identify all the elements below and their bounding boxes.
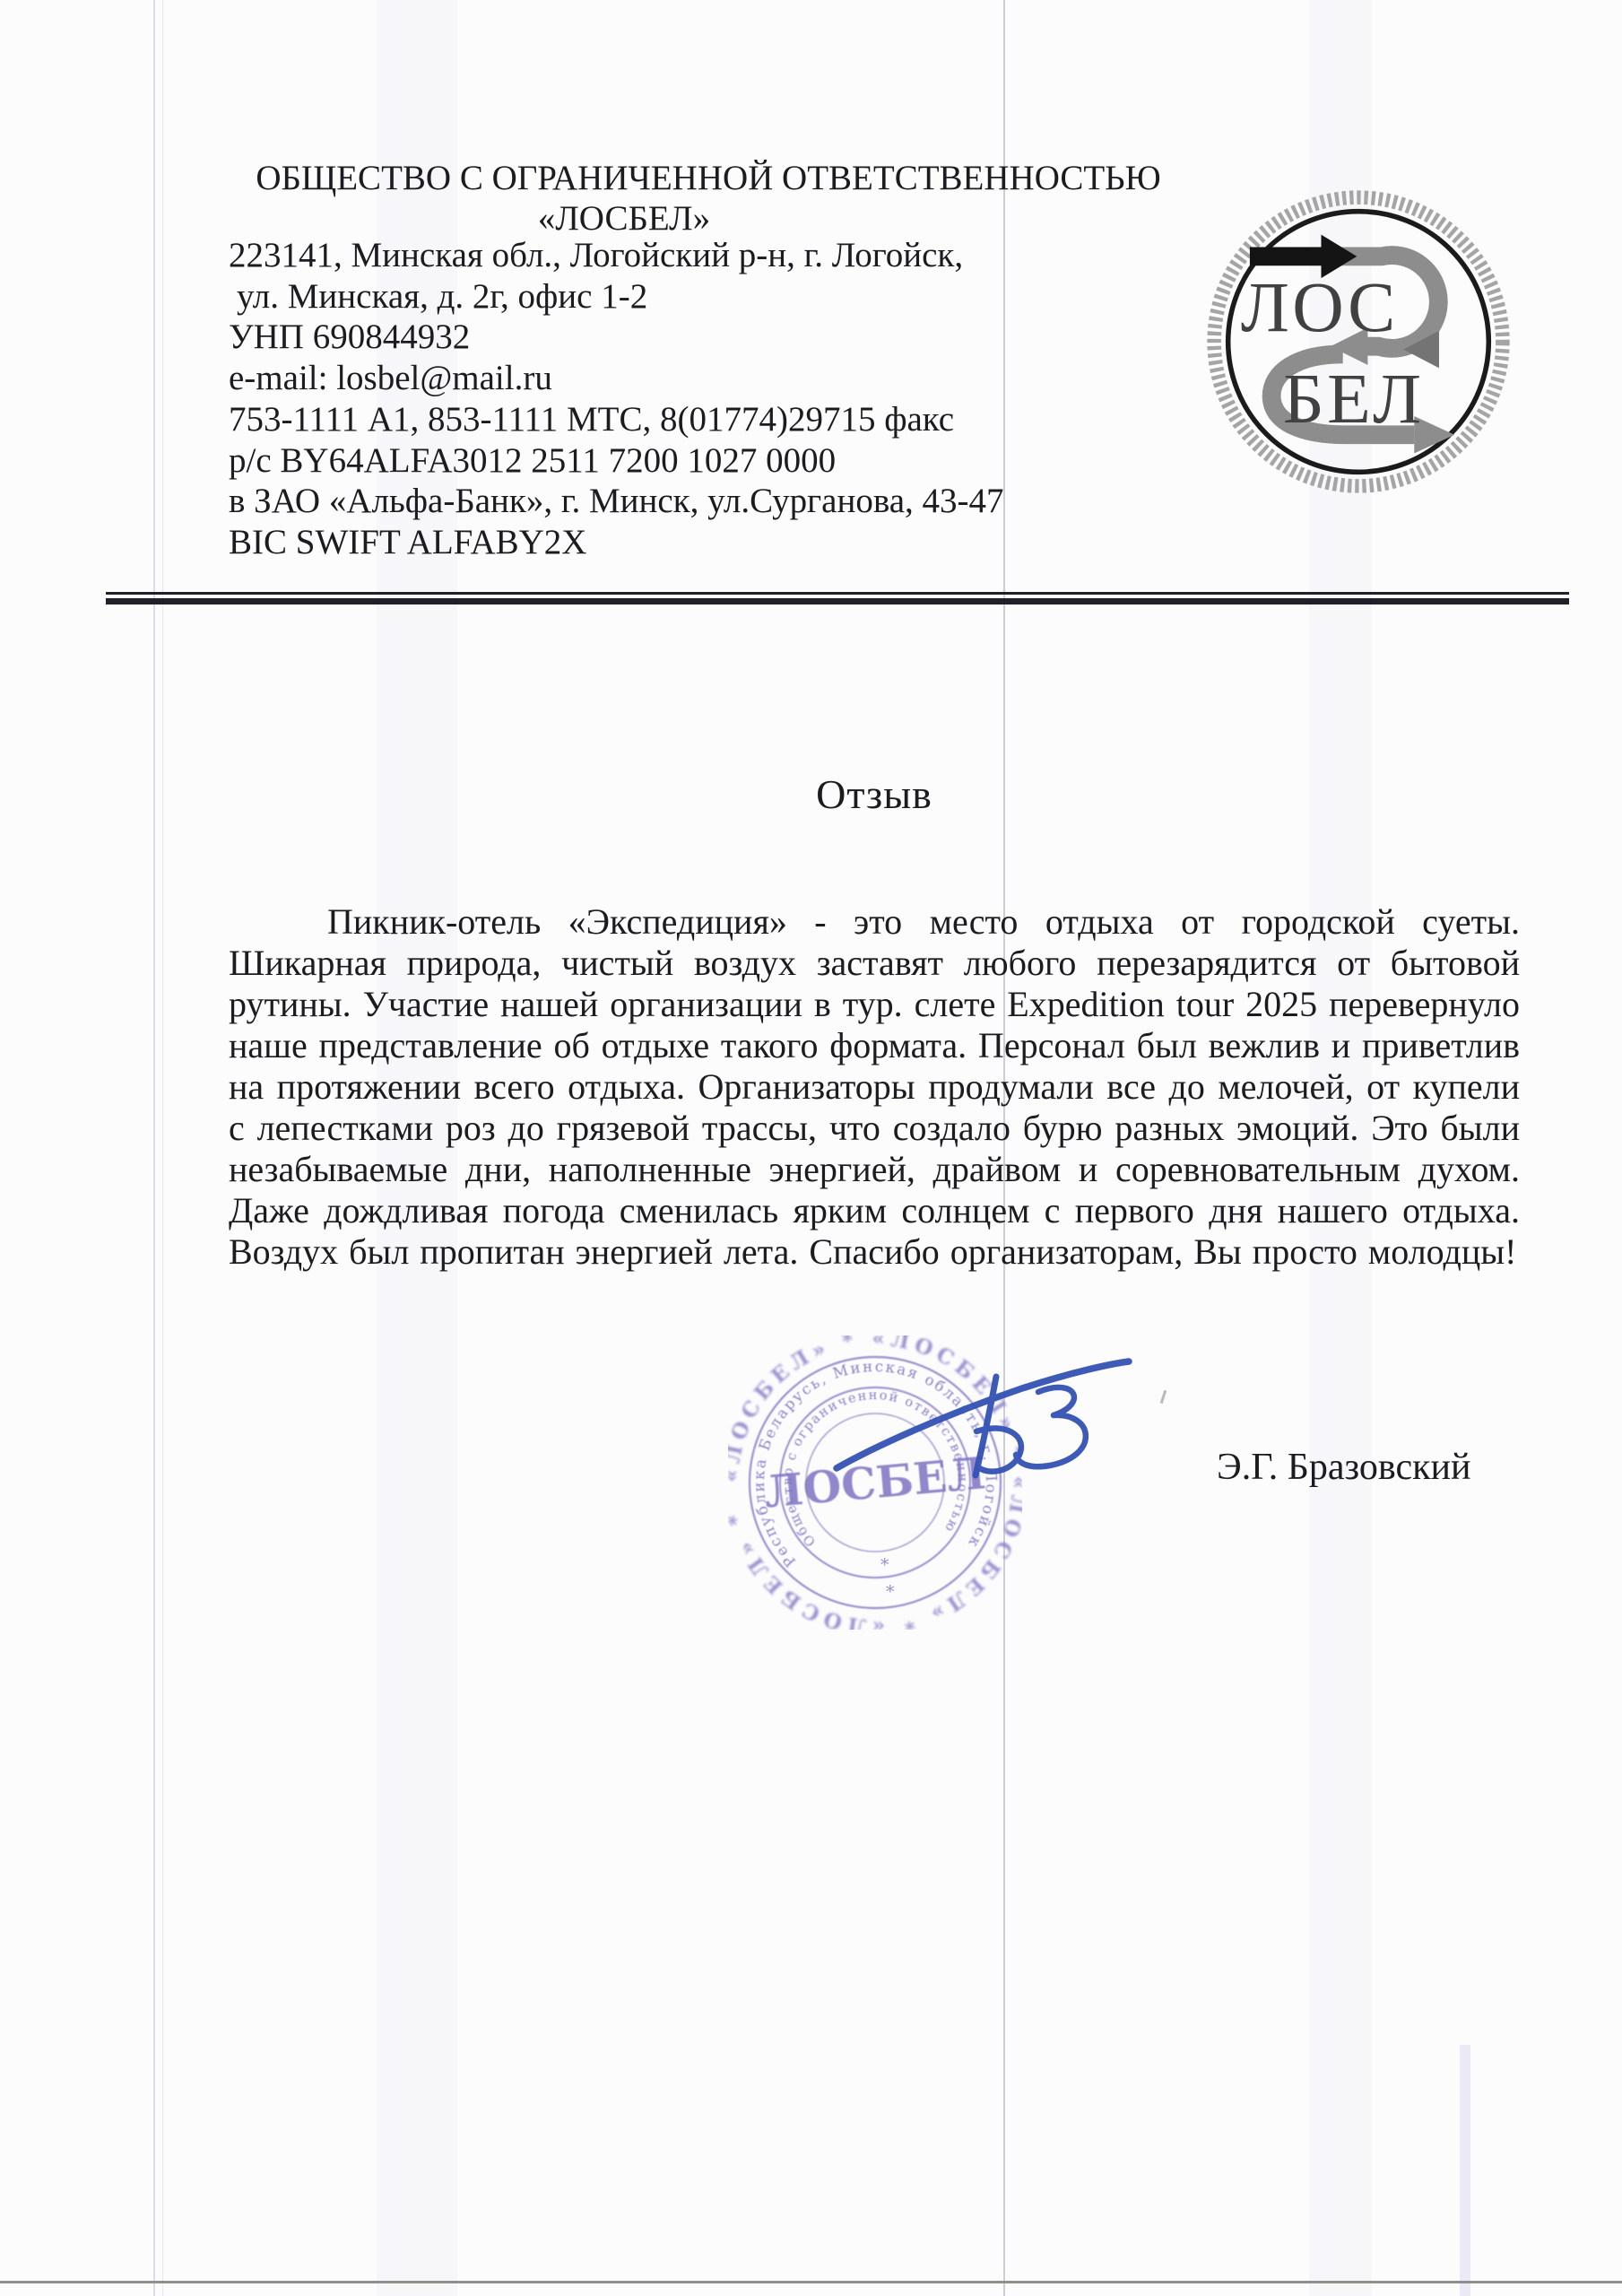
letterhead-divider-thin (106, 592, 1569, 595)
letterhead-bic-line: BIC SWIFT ALFABY2X (229, 522, 1004, 563)
org-type-line: ОБЩЕСТВО С ОГРАНИЧЕННОЙ ОТВЕТСТВЕННОСТЬЮ (229, 158, 1188, 198)
company-logo: ЛОС БЕЛ (1203, 187, 1514, 497)
signature-strokes (837, 1361, 1129, 1475)
stamp-star: * (886, 1582, 895, 1602)
logo-text-top: ЛОС (1241, 268, 1399, 347)
scan-artifact-line (153, 0, 155, 2296)
letterhead-unp-line: УНП 690844932 (229, 317, 1004, 358)
org-name-line: «ЛОСБЕЛ» (229, 198, 1019, 239)
letterhead-email-line: e-mail: losbel@mail.ru (229, 358, 1004, 399)
letterhead-details: 223141, Минская обл., Логойский р-н, г. … (229, 235, 1004, 563)
letterhead-bank-line: в ЗАО «Альфа-Банк», г. Минск, ул.Сургано… (229, 481, 1004, 522)
stamp-star: * (880, 1555, 889, 1575)
scan-artifact-line (162, 0, 163, 2296)
letterhead-account-line: р/с BY64ALFA3012 2511 7200 1027 0000 (229, 440, 1004, 482)
signatory-name: Э.Г. Бразовский (1217, 1446, 1470, 1489)
review-body-paragraph: Пикник-отель «Экспедиция» - это место от… (229, 901, 1520, 1273)
letterhead-phones-line: 753-1111 А1, 853-1111 МТС, 8(01774)29715… (229, 399, 1004, 440)
scanned-letter-page: ОБЩЕСТВО С ОГРАНИЧЕННОЙ ОТВЕТСТВЕННОСТЬЮ… (0, 0, 1622, 2296)
letterhead-address-line: 223141, Минская обл., Логойский р-н, г. … (229, 235, 1004, 276)
handwritten-signature (811, 1341, 1161, 1507)
letterhead-divider-thick (106, 598, 1569, 604)
letterhead-address-line: ул. Минская, д. 2г, офис 1-2 (229, 276, 1004, 317)
review-title: Отзыв (229, 770, 1520, 818)
scan-bottom-edge-line (0, 2281, 1622, 2283)
scan-artifact-band (1460, 2045, 1470, 2296)
logo-text-bottom: БЕЛ (1283, 360, 1425, 439)
